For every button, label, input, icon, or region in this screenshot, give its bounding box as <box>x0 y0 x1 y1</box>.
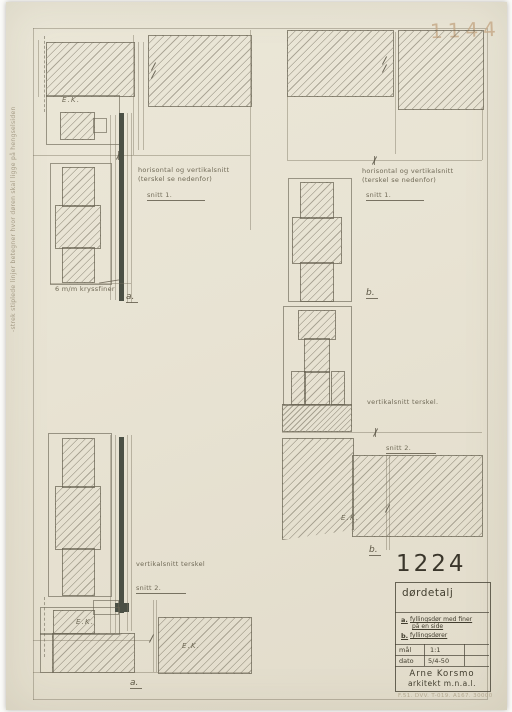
title-block-divider <box>395 666 489 667</box>
scanned-drawing-sheet: 1144 -strek stiplede linjer betegner hvo… <box>0 0 512 712</box>
date-label: dato <box>399 657 414 665</box>
item-a-line1: fyllingsdør med finer <box>410 616 472 623</box>
print-stamp: F.51. DVV. T-019. A167. 30000 <box>398 693 493 699</box>
title-block-divider <box>395 644 489 645</box>
item-a-key: a. <box>401 616 408 624</box>
drawing-title: dørdetalj <box>402 587 453 599</box>
architect-title: arkitekt m.n.a.l. <box>397 679 487 688</box>
scale-label: mål <box>399 646 411 654</box>
date-value: 5/4-50 <box>428 657 449 665</box>
item-a-line2: på en side <box>412 623 443 630</box>
item-b-text: fyllingsdører <box>410 632 447 639</box>
title-block: 1224 dørdetalj a. fyllingsdør med finer … <box>0 0 512 712</box>
title-block-divider <box>395 655 489 656</box>
title-block-cell-line <box>424 644 425 666</box>
scale-value: 1:1 <box>430 646 440 654</box>
architect-name: Arne Korsmo <box>397 669 487 679</box>
title-block-cell-line <box>464 644 465 666</box>
drawing-number: 1224 <box>396 551 467 577</box>
title-block-divider <box>395 612 489 613</box>
item-b-key: b. <box>401 632 408 640</box>
